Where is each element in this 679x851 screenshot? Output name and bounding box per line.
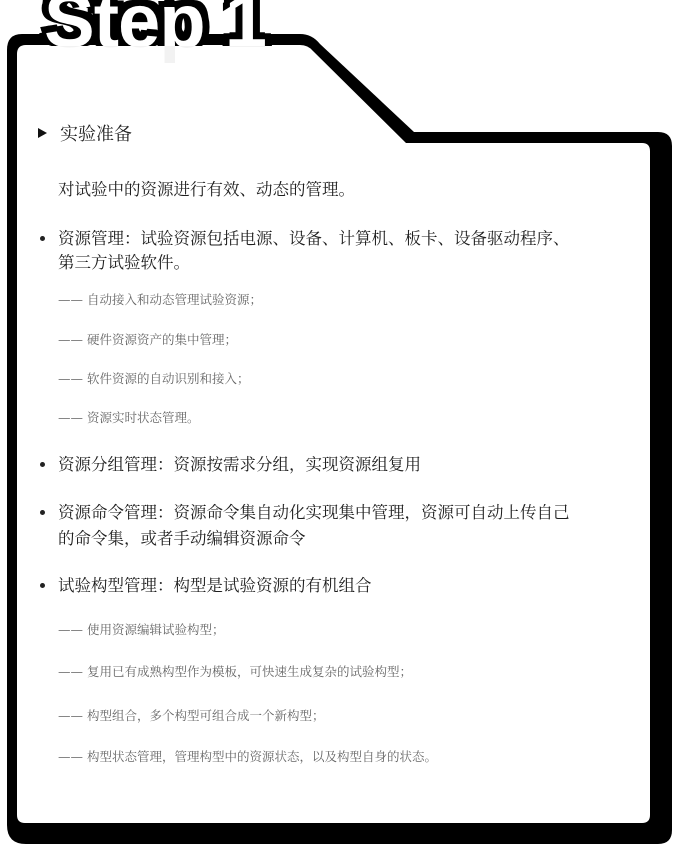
sub-item-text: 自动接入和动态管理试验资源；: [87, 292, 262, 307]
bullet-1-line-2: 第三方试验软件。: [58, 252, 190, 274]
bullet-dot-icon: [40, 236, 45, 241]
triangle-right-icon: [38, 128, 47, 138]
intro-text: 对试验中的资源进行有效、动态的管理。: [58, 179, 355, 201]
sub-item: ——软件资源的自动识别和接入；: [58, 370, 250, 388]
sub-item: ——构型状态管理，管理构型中的资源状态，以及构型自身的状态。: [58, 748, 437, 766]
sub-item: ——资源实时状态管理。: [58, 409, 200, 427]
sub-item-text: 构型状态管理，管理构型中的资源状态，以及构型自身的状态。: [87, 749, 437, 764]
section-heading: 实验准备: [36, 121, 132, 145]
bullet-dot-icon: [40, 583, 45, 588]
sub-item-text: 构型组合，多个构型可组合成一个新构型；: [87, 708, 325, 723]
bullet-1-line-1: 资源管理：试验资源包括电源、设备、计算机、板卡、设备驱动程序、: [58, 228, 570, 250]
sub-item-text: 硬件资源资产的集中管理；: [87, 332, 237, 347]
dash: ——: [58, 332, 83, 347]
sub-item: ——自动接入和动态管理试验资源；: [58, 291, 262, 309]
sub-item: ——使用资源编辑试验构型；: [58, 621, 225, 639]
dash: ——: [58, 708, 83, 723]
dash: ——: [58, 292, 83, 307]
sub-item: ——构型组合，多个构型可组合成一个新构型；: [58, 707, 325, 725]
bullet-3-line-1: 资源命令管理：资源命令集自动化实现集中管理，资源可自动上传自己: [58, 502, 570, 524]
section-heading-text: 实验准备: [60, 120, 132, 146]
bullet-dot-icon: [40, 462, 45, 467]
sub-item: ——复用已有成熟构型作为模板，可快速生成复杂的试验构型；: [58, 663, 412, 681]
dash: ——: [58, 371, 83, 386]
sub-item: ——硬件资源资产的集中管理；: [58, 331, 237, 349]
bullet-2-line-1: 资源分组管理：资源按需求分组，实现资源组复用: [58, 454, 421, 476]
dash: ——: [58, 749, 83, 764]
sub-item-text: 资源实时状态管理。: [87, 410, 200, 425]
bullet-4-line-1: 试验构型管理：构型是试验资源的有机组合: [58, 575, 372, 597]
card-content: 实验准备 对试验中的资源进行有效、动态的管理。 资源管理：试验资源包括电源、设备…: [0, 0, 679, 851]
sub-item-text: 使用资源编辑试验构型；: [87, 622, 225, 637]
dash: ——: [58, 664, 83, 679]
bullet-3-line-2: 的命令集，或者手动编辑资源命令: [58, 528, 306, 550]
dash: ——: [58, 622, 83, 637]
sub-item-text: 软件资源的自动识别和接入；: [87, 371, 250, 386]
dash: ——: [58, 410, 83, 425]
bullet-dot-icon: [40, 510, 45, 515]
sub-item-text: 复用已有成熟构型作为模板，可快速生成复杂的试验构型；: [87, 664, 412, 679]
